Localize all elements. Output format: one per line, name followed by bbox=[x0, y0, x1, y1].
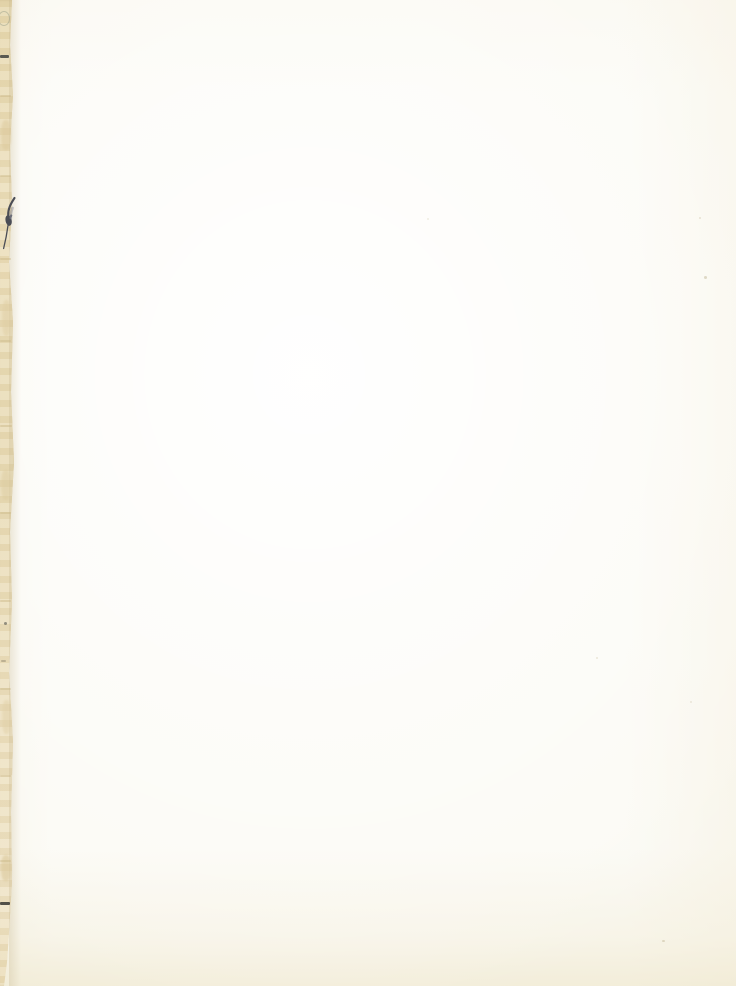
edge-seam-5 bbox=[0, 425, 12, 427]
edge-seam-3 bbox=[0, 258, 11, 260]
edge-patch-3 bbox=[1, 470, 11, 500]
edge-seam-8 bbox=[0, 688, 11, 690]
marks-layer bbox=[0, 0, 736, 986]
edge-ring-top bbox=[0, 11, 10, 26]
edge-seam-10 bbox=[0, 860, 11, 862]
ink-mark-icon bbox=[1, 196, 16, 254]
speck-5 bbox=[690, 701, 692, 703]
edge-seam-2 bbox=[0, 175, 11, 177]
edge-seam-7 bbox=[0, 600, 11, 602]
edge-seam-4 bbox=[0, 340, 11, 342]
edge-tick-top bbox=[0, 55, 9, 58]
ink-tail bbox=[4, 226, 8, 249]
edge-tick-bottom bbox=[0, 902, 10, 905]
scanned-blank-page bbox=[0, 0, 736, 986]
edge-patch-5 bbox=[1, 855, 11, 881]
edge-seam-1 bbox=[0, 95, 11, 97]
edge-patch-1 bbox=[1, 120, 11, 150]
speck-2 bbox=[699, 217, 701, 219]
speck-6 bbox=[427, 218, 429, 220]
edge-patch-4 bbox=[2, 700, 11, 734]
edge-seam-9 bbox=[0, 775, 11, 777]
edge-dot-mid bbox=[4, 622, 7, 625]
speck-1 bbox=[704, 276, 707, 279]
edge-patch-2 bbox=[2, 300, 11, 336]
edge-seam-6 bbox=[0, 512, 11, 514]
edge-dash-mid bbox=[1, 660, 6, 662]
speck-4 bbox=[662, 940, 665, 942]
ink-halo bbox=[11, 208, 13, 218]
speck-3 bbox=[596, 657, 598, 659]
